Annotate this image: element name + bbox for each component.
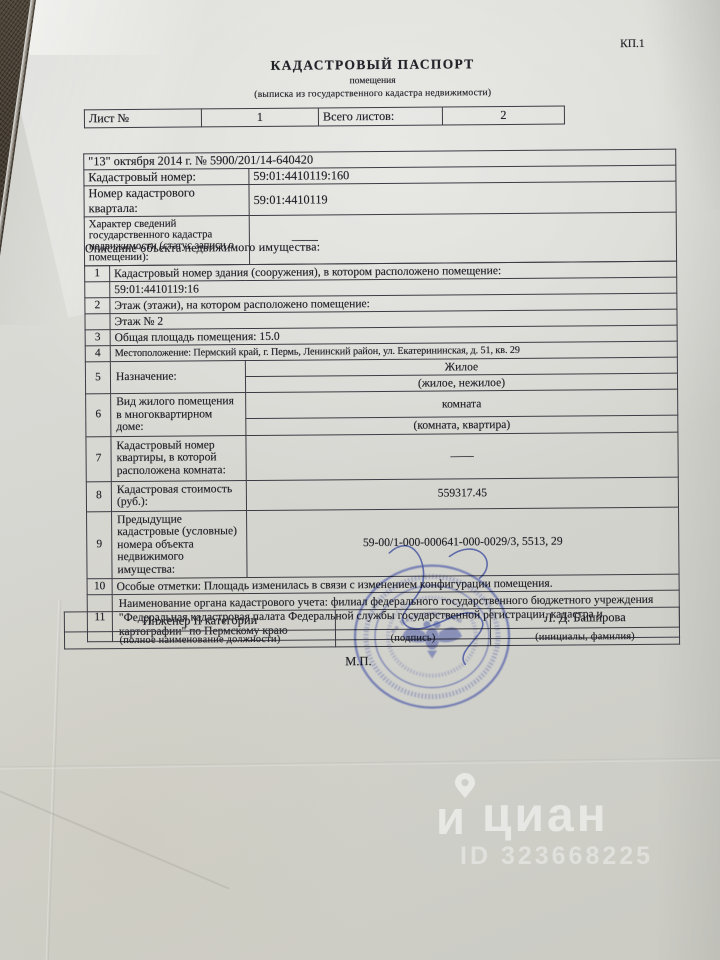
total-sheets-number-cell: 2	[442, 106, 564, 125]
row-number: 5	[85, 362, 110, 394]
row-number: 8	[86, 481, 111, 511]
row-number	[85, 282, 110, 298]
status-value: ——	[249, 212, 676, 264]
sheet-number-cell: 1	[201, 108, 318, 127]
row-number: 1	[85, 266, 110, 282]
row-number: 2	[85, 298, 110, 314]
signer-position: Инженер II категории	[64, 610, 335, 632]
cian-logo-letter: и	[436, 790, 465, 845]
cadastral-number-label: Кадастровый номер:	[84, 169, 249, 186]
row-number: 7	[86, 436, 111, 481]
cadastral-value-value: 559317.45	[246, 477, 678, 510]
document-title: КАДАСТРОВЫЙ ПАСПОРТ	[82, 55, 662, 76]
stamp-eagle-emblem	[402, 621, 462, 659]
sheet-number-table: Лист № 1 Всего листов: 2	[84, 106, 565, 129]
quarter-number-value: 59:01:4410119	[249, 181, 676, 215]
apartment-number-value: ——	[246, 432, 678, 480]
dwelling-type-value: комната	[246, 389, 678, 418]
quarter-number-label: Номер кадастрового квартала:	[84, 185, 249, 217]
previous-numbers-label: Предыдущие кадастровые (условные) номера…	[112, 510, 248, 579]
description-heading: Описание объекта недвижимого имущества:	[85, 239, 320, 256]
photo-of-document: КП.1 КАДАСТРОВЫЙ ПАСПОРТ помещения (выпи…	[0, 0, 720, 960]
row-number: 10	[87, 579, 112, 595]
apartment-number-label: Кадастровый номер квартиры, в которой ра…	[111, 435, 246, 481]
document-subtitle-note: (выписка из государственного кадастра не…	[83, 86, 663, 102]
row-number: 6	[86, 394, 111, 437]
table-row: Характер сведений государственного кадас…	[84, 212, 676, 266]
sheet-label-cell: Лист №	[84, 109, 201, 128]
listing-id-text: ID 323668225	[460, 842, 653, 871]
table-row: 8 Кадастровая стоимость (руб.): 559317.4…	[86, 477, 678, 512]
cadastral-value-label: Кадастровая стоимость (руб.):	[111, 480, 246, 511]
purpose-label: Назначение:	[110, 361, 245, 394]
cian-watermark: и циан ID 323668225	[424, 772, 714, 882]
total-sheets-label-cell: Всего листов:	[318, 107, 442, 126]
document-title-block: КАДАСТРОВЫЙ ПАСПОРТ помещения (выписка и…	[82, 55, 662, 102]
row-number	[85, 314, 110, 330]
official-round-stamp: по Пермскому краю	[331, 524, 543, 726]
row-number: 4	[85, 346, 110, 362]
dwelling-type-label: Вид жилого помещения в многоквартирном д…	[111, 393, 246, 437]
table-row: Номер кадастрового квартала: 59:01:44101…	[84, 181, 676, 217]
table-row: Лист № 1 Всего листов: 2	[84, 106, 564, 128]
position-hint: (полное наименование должности)	[64, 630, 335, 649]
table-row: 7 Кадастровый номер квартиры, в которой …	[86, 432, 678, 482]
cian-brand-text: циан	[482, 788, 609, 843]
row-number: 3	[85, 330, 110, 346]
form-code: КП.1	[597, 38, 667, 51]
row-number: 9	[87, 511, 113, 579]
